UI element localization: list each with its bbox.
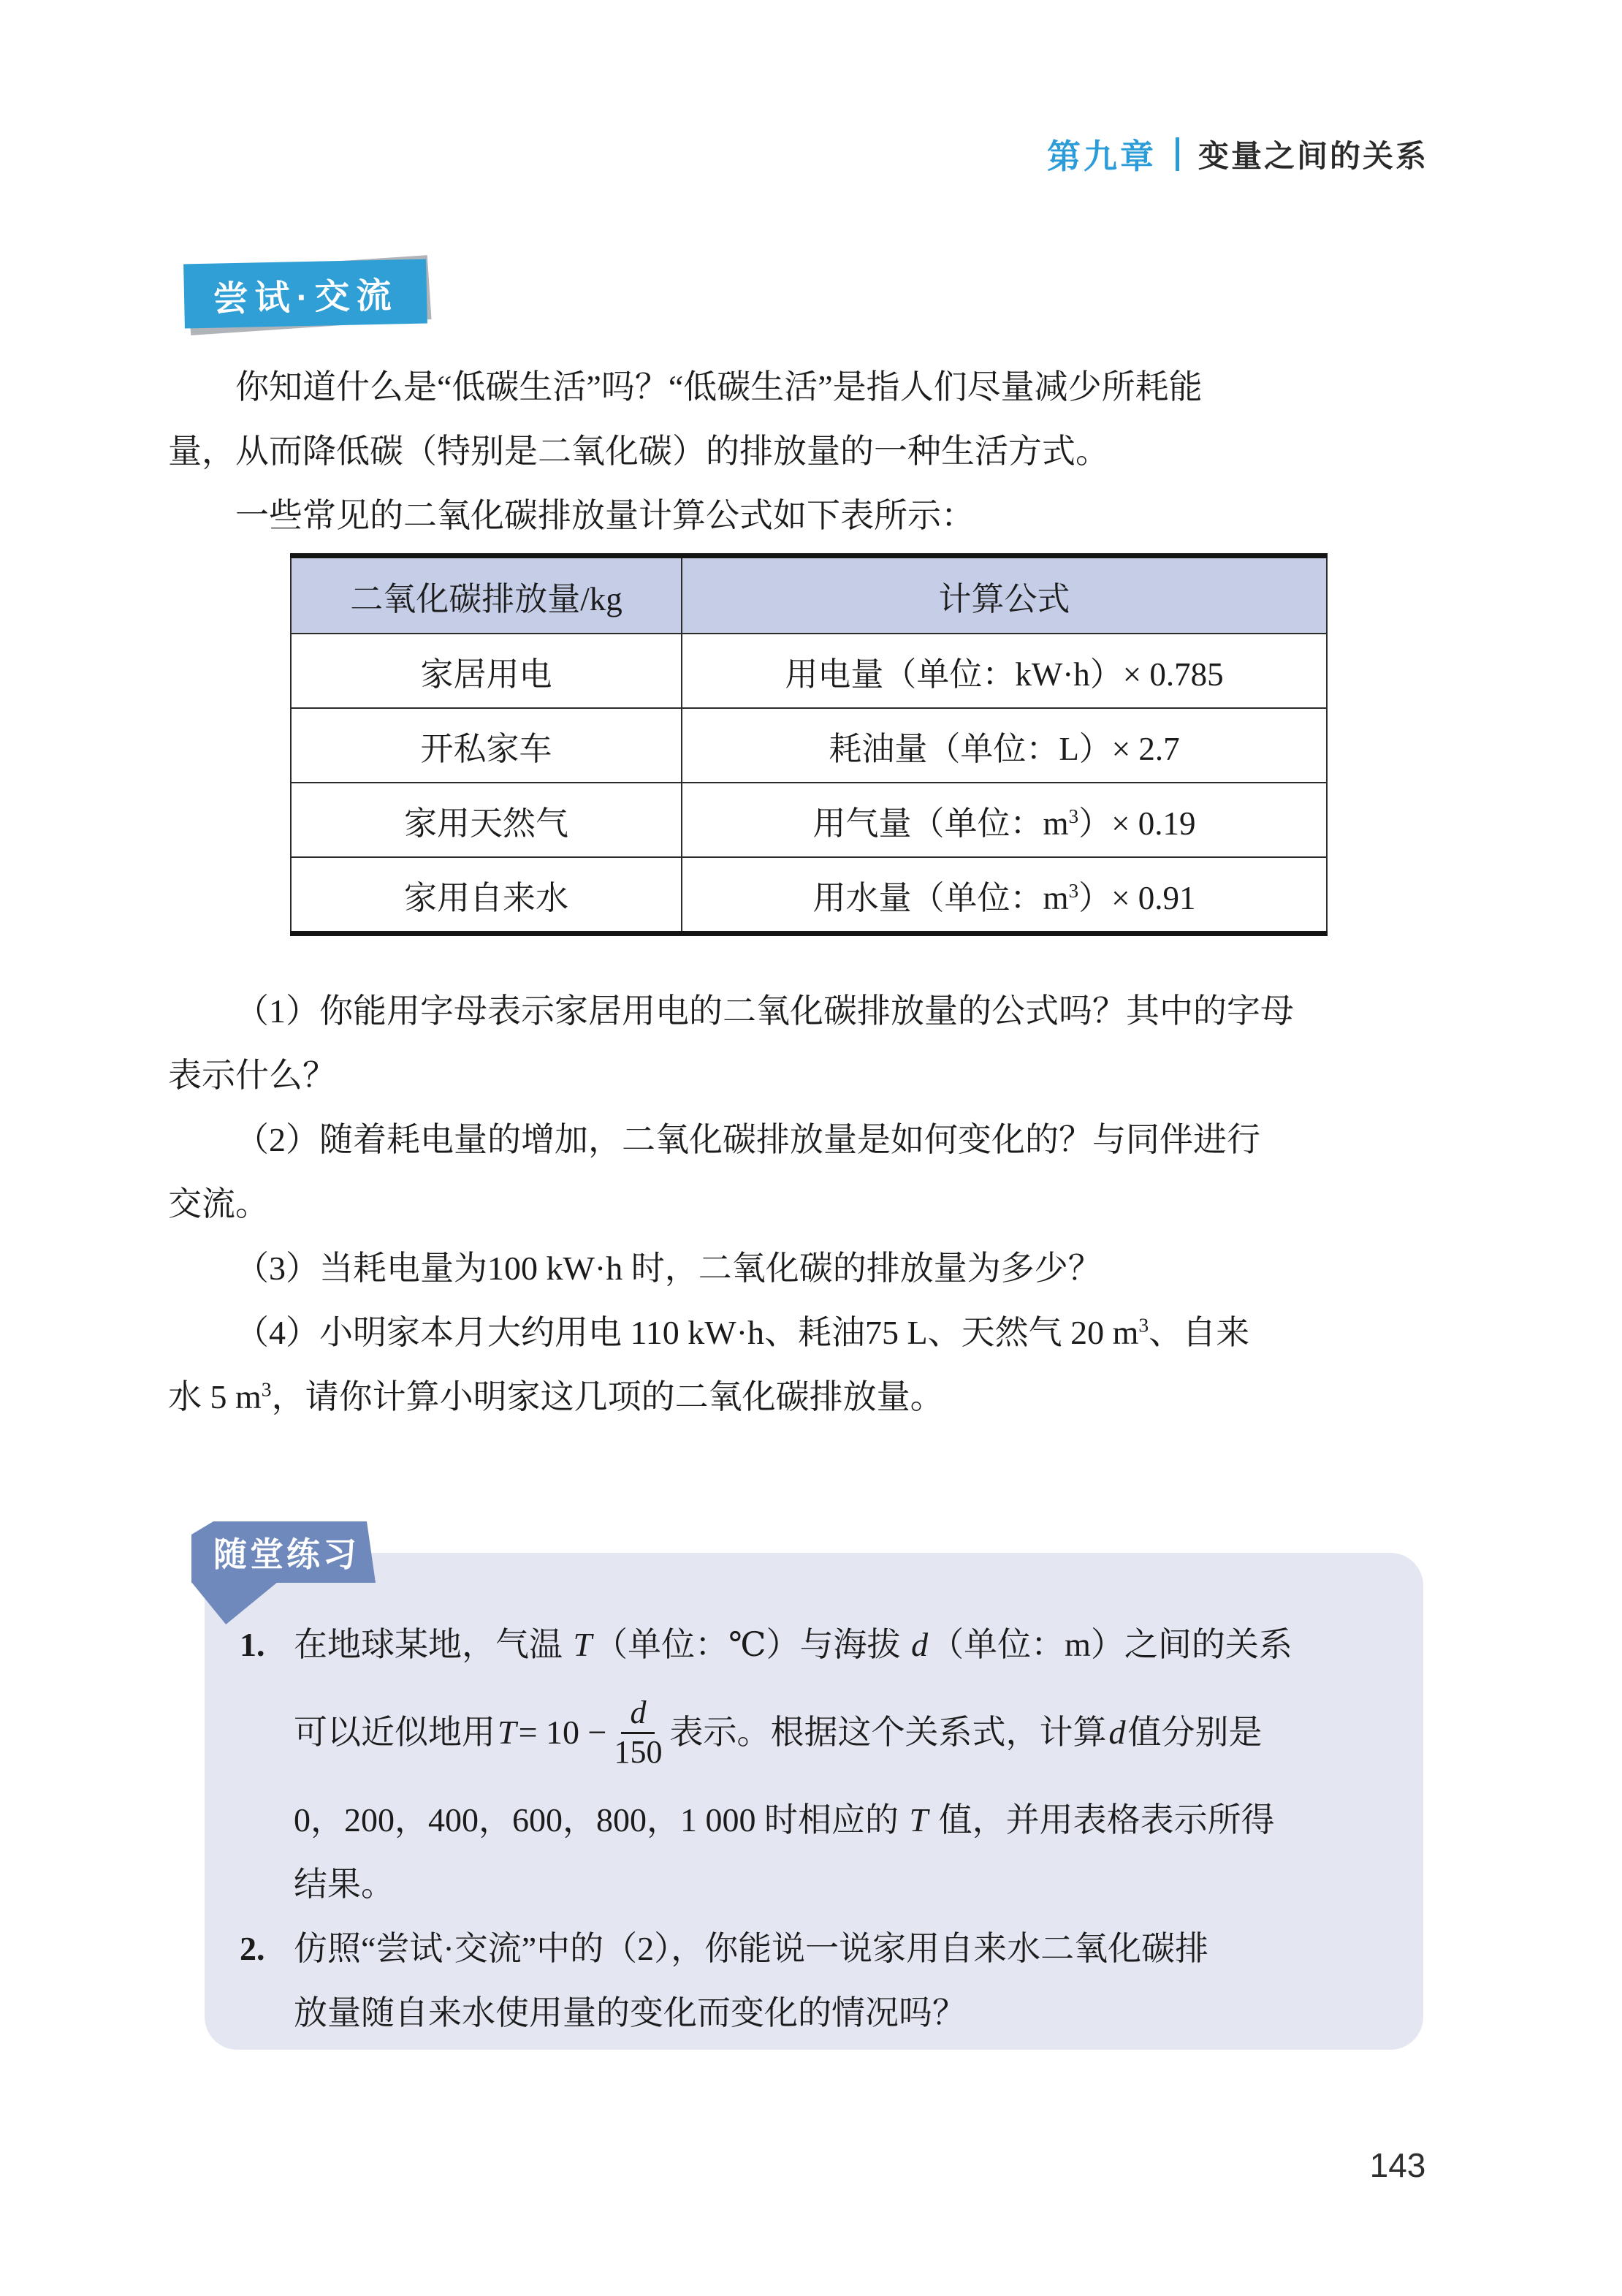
table-row: 家居用电 用电量（单位：kW·h）× 0.785 <box>291 634 1327 708</box>
question-line: （1）你能用字母表示家居用电的二氧化碳排放量的公式吗？其中的字母 <box>168 979 1458 1044</box>
chapter-title: 变量之间的关系 <box>1198 132 1428 176</box>
problem-line: 放量随自来水使用量的变化而变化的情况吗？ <box>294 1981 1394 2045</box>
emission-formula: 用电量（单位：kW·h）× 0.785 <box>682 634 1327 708</box>
practice-badge-label: 随堂练习 <box>207 1528 359 1576</box>
page-header: 第九章 变量之间的关系 <box>0 130 1428 178</box>
emission-formula: 用气量（单位：m3）× 0.19 <box>682 783 1327 857</box>
chapter-label: 第九章 <box>1047 130 1157 178</box>
problem-line: 结果。 <box>294 1852 1394 1917</box>
problem-line-formula: 可以近似地用 T = 10 − d150 表示。根据这个关系式，计算 d 值分别… <box>294 1677 1394 1788</box>
question-line: （4）小明家本月大约用电 110 kW·h、耗油75 L、天然气 20 m3、自… <box>168 1301 1458 1365</box>
textbook-page: 第九章 变量之间的关系 尝试·交流 你知道什么是“低碳生活”吗？“低碳生活”是指… <box>0 0 1622 2296</box>
practice-badge-tail <box>191 1582 278 1624</box>
emission-formula: 耗油量（单位：L）× 2.7 <box>682 708 1327 783</box>
problem-number: 1. <box>240 1613 294 1917</box>
intro-line: 你知道什么是“低碳生活”吗？“低碳生活”是指人们尽量减少所耗能 <box>168 355 1458 419</box>
practice-badge: 随堂练习 <box>191 1521 383 1638</box>
intro-line: 量，从而降低碳（特别是二氧化碳）的排放量的一种生活方式。 <box>168 419 1458 484</box>
question-line: 交流。 <box>168 1172 1458 1236</box>
question-line: （2）随着耗电量的增加，二氧化碳排放量是如何变化的？与同伴进行 <box>168 1108 1458 1172</box>
intro-line: 一些常见的二氧化碳排放量计算公式如下表所示： <box>168 484 1458 548</box>
table-row: 家用天然气 用气量（单位：m3）× 0.19 <box>291 783 1327 857</box>
emission-column-header: 二氧化碳排放量/kg <box>291 556 682 634</box>
problem-number: 2. <box>240 1917 294 2045</box>
emission-source: 家用天然气 <box>291 783 682 857</box>
practice-badge-face: 随堂练习 <box>191 1521 376 1583</box>
try-communicate-badge: 尝试·交流 <box>184 256 436 340</box>
emission-source: 家居用电 <box>291 634 682 708</box>
question-line: 水 5 m3，请你计算小明家这几项的二氧化碳排放量。 <box>168 1365 1458 1429</box>
co2-emission-table: 二氧化碳排放量/kg 计算公式 家居用电 用电量（单位：kW·h）× 0.785… <box>290 553 1328 936</box>
problem-line: 0，200，400，600，800，1 000 时相应的 T 值，并用表格表示所… <box>294 1788 1394 1852</box>
problem-body: 在地球某地，气温 T（单位：℃）与海拔 d（单位：m）之间的关系 可以近似地用 … <box>294 1613 1394 1917</box>
problem-line: 仿照“尝试·交流”中的（2），你能说一说家用自来水二氧化碳排 <box>294 1917 1394 1981</box>
table-row: 家用自来水 用水量（单位：m3）× 0.91 <box>291 857 1327 934</box>
emission-source: 家用自来水 <box>291 857 682 934</box>
badge-face: 尝试·交流 <box>183 259 427 329</box>
try-badge-label: 尝试·交流 <box>213 267 398 321</box>
table-row: 开私家车 耗油量（单位：L）× 2.7 <box>291 708 1327 783</box>
question-line: （3）当耗电量为100 kW·h 时，二氧化碳的排放量为多少？ <box>168 1236 1458 1301</box>
problem-line: 在地球某地，气温 T（单位：℃）与海拔 d（单位：m）之间的关系 <box>294 1613 1394 1677</box>
formula-column-header: 计算公式 <box>682 556 1327 634</box>
problem-body: 仿照“尝试·交流”中的（2），你能说一说家用自来水二氧化碳排 放量随自来水使用量… <box>294 1917 1394 2045</box>
header-divider <box>1176 137 1179 171</box>
table-header-row: 二氧化碳排放量/kg 计算公式 <box>291 556 1327 634</box>
practice-problem: 1. 在地球某地，气温 T（单位：℃）与海拔 d（单位：m）之间的关系 可以近似… <box>240 1613 1394 1917</box>
emission-source: 开私家车 <box>291 708 682 783</box>
practice-box: 1. 在地球某地，气温 T（单位：℃）与海拔 d（单位：m）之间的关系 可以近似… <box>205 1553 1423 2050</box>
practice-problem: 2. 仿照“尝试·交流”中的（2），你能说一说家用自来水二氧化碳排 放量随自来水… <box>240 1917 1394 2045</box>
emission-formula: 用水量（单位：m3）× 0.91 <box>682 857 1327 934</box>
question-line: 表示什么？ <box>168 1044 1458 1108</box>
questions: （1）你能用字母表示家居用电的二氧化碳排放量的公式吗？其中的字母 表示什么？ （… <box>168 979 1458 1429</box>
page-number: 143 <box>1358 2145 1438 2185</box>
intro-paragraphs: 你知道什么是“低碳生活”吗？“低碳生活”是指人们尽量减少所耗能 量，从而降低碳（… <box>168 355 1458 548</box>
